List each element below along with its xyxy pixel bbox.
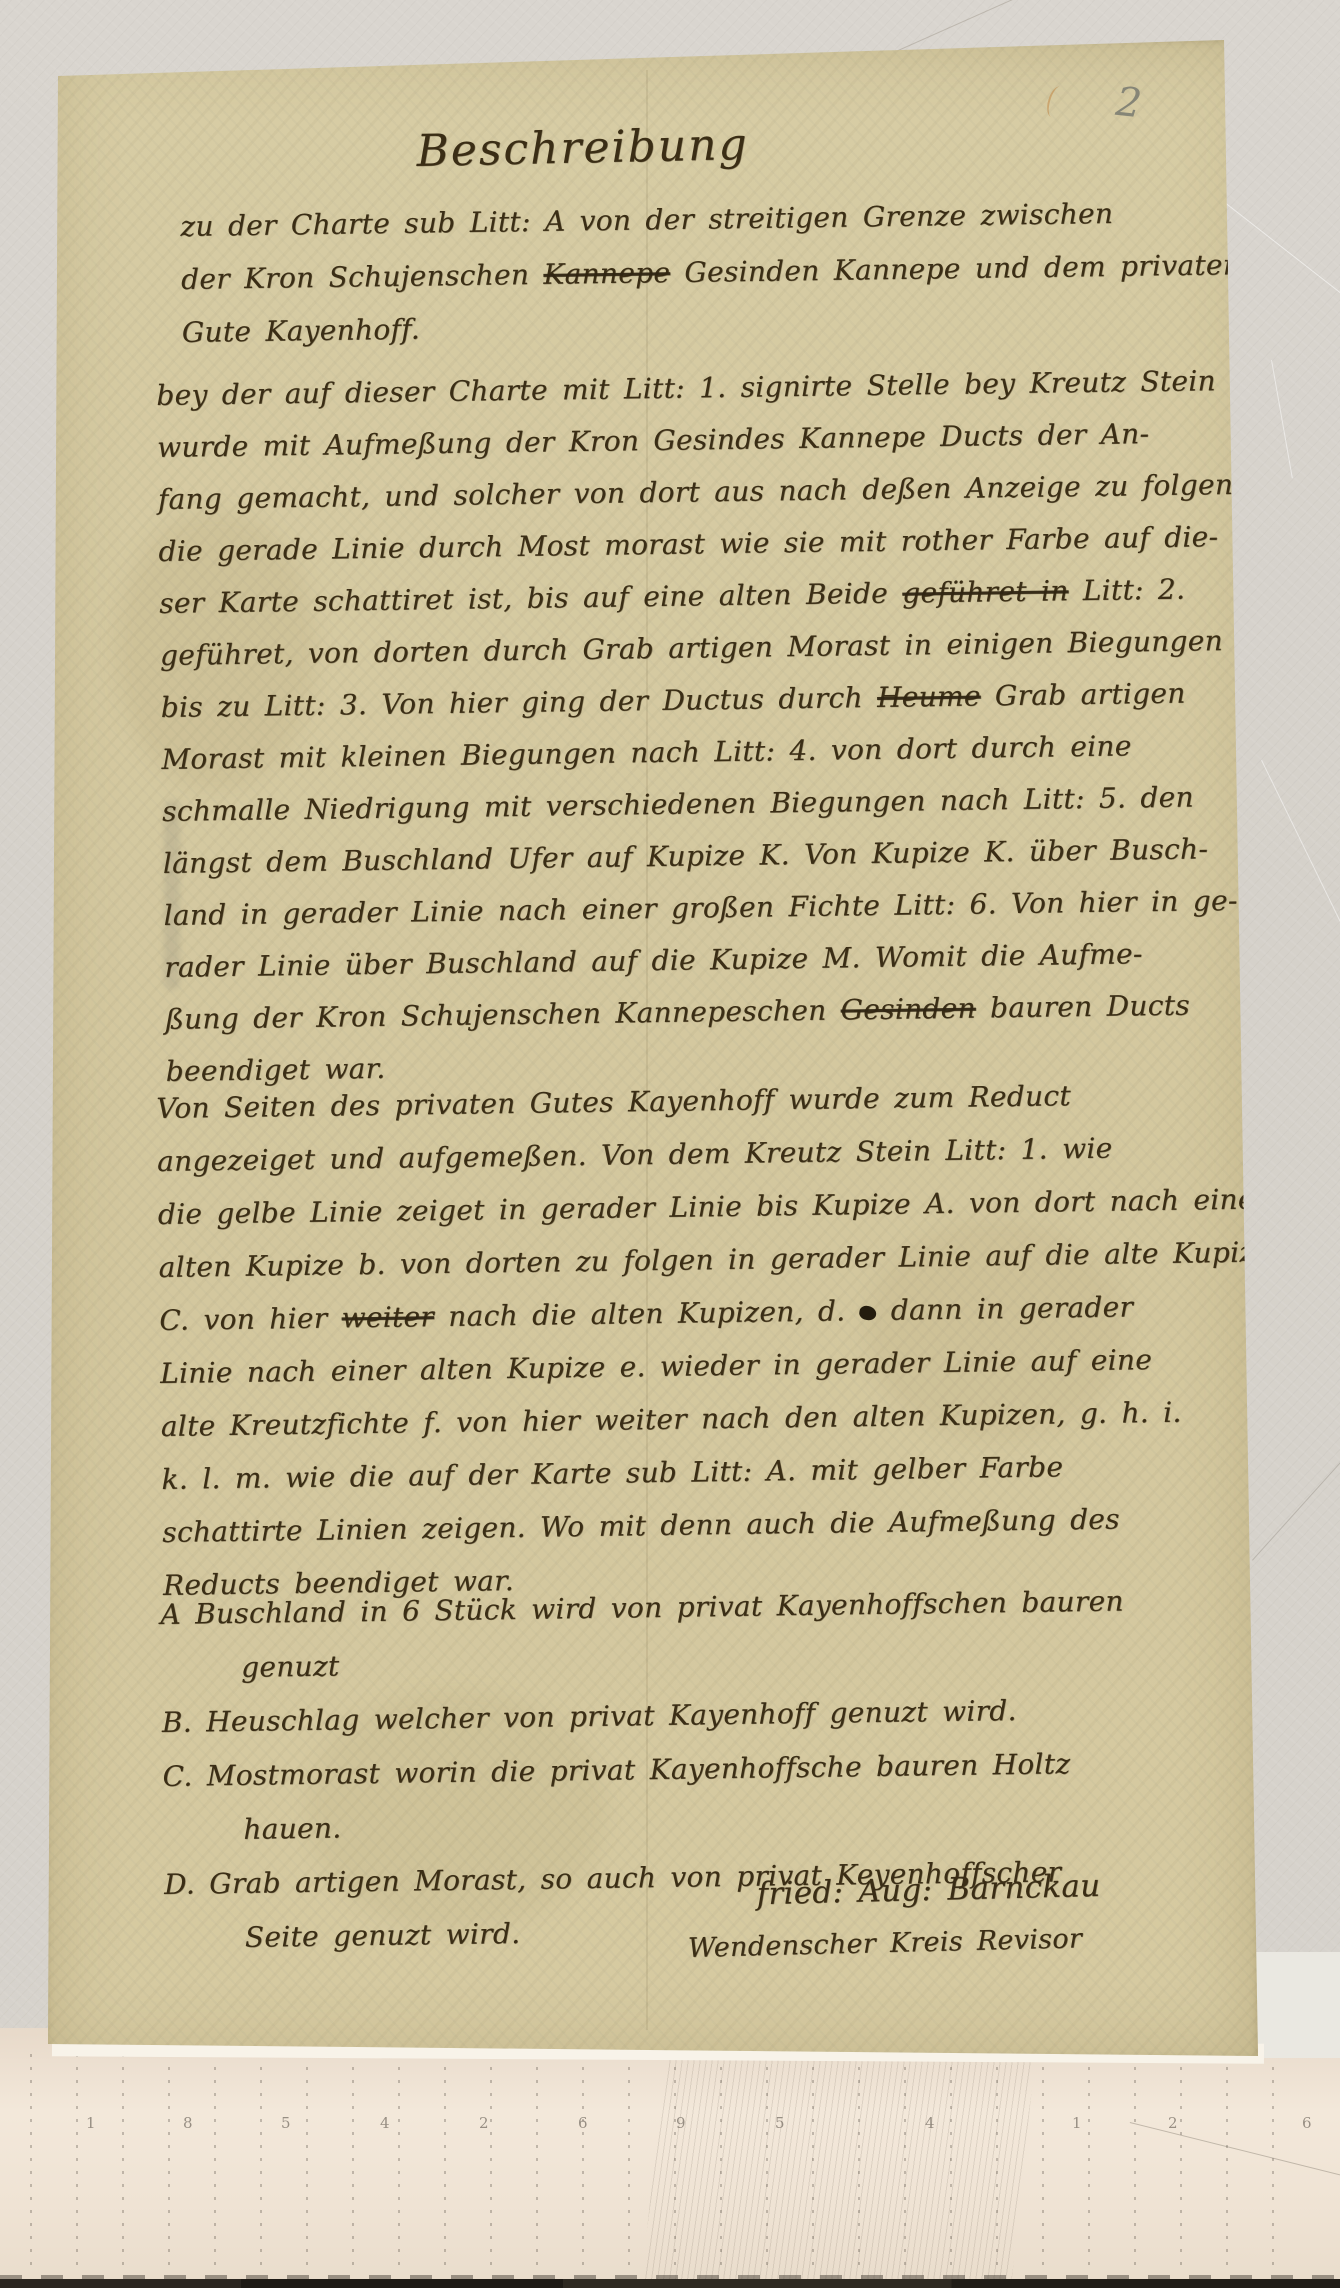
ruler-tick — [168, 2054, 170, 2274]
scratch-mark — [1252, 1441, 1340, 1561]
ruler-tick — [30, 2054, 32, 2274]
ruler-digit: 2 — [1168, 2114, 1178, 2132]
ruler-tick — [582, 2054, 584, 2274]
ruler-strip: 185426954126 — [0, 2028, 1340, 2288]
ruler-tick — [674, 2054, 676, 2274]
ruler-digit: 4 — [925, 2114, 935, 2132]
ruler-tick — [490, 2054, 492, 2274]
ruler-digit: 1 — [86, 2114, 96, 2132]
ruler-tick — [1180, 2054, 1182, 2274]
ruler-digit: 9 — [676, 2114, 686, 2132]
ruler-tick — [1042, 2054, 1044, 2274]
ruler-tick — [1226, 2054, 1228, 2274]
paragraph-survey-kayenhoff: Von Seiten des privaten Gutes Kayenhoff … — [156, 1066, 1258, 1611]
ruler-tick — [76, 2054, 78, 2274]
ruler-tick — [1272, 2054, 1274, 2274]
ruler-digit: 6 — [578, 2114, 588, 2132]
ruler-digit: 5 — [281, 2114, 291, 2132]
scan-edge — [0, 2279, 1340, 2288]
ruler-tick — [536, 2054, 538, 2274]
page-number: 2 — [1114, 79, 1144, 127]
ruler-tick — [122, 2054, 124, 2274]
ruler-tick — [858, 2054, 860, 2274]
ruler-tick — [904, 2054, 906, 2274]
ruler-tick — [306, 2054, 308, 2274]
ruler-tick — [1088, 2054, 1090, 2274]
scanned-document: 185426954126 2 Beschreibung zu der Chart… — [0, 0, 1340, 2288]
ruler-tick — [812, 2054, 814, 2274]
ruler-tick — [996, 2054, 998, 2274]
ruler-digit: 4 — [380, 2114, 390, 2132]
ruler-tick — [444, 2054, 446, 2274]
signature-block: fried: Aug: Barnckau Wendenscher Kreis R… — [686, 1858, 1102, 1974]
ruler-digit: 5 — [775, 2114, 785, 2132]
manuscript-page: 2 Beschreibung zu der Charte sub Litt: A… — [46, 40, 1258, 2060]
stray-ink-mark — [1044, 84, 1068, 119]
signature-name: fried: Aug: Barnckau — [686, 1858, 1101, 1924]
scan-streaks — [642, 2028, 1038, 2280]
ruler-digit: 6 — [1302, 2114, 1312, 2132]
signature-role: Wendenscher Kreis Revisor — [687, 1914, 1102, 1974]
ruler-tick — [950, 2054, 952, 2274]
ruler-tick — [628, 2054, 630, 2274]
ruler-tick — [352, 2054, 354, 2274]
scratch-mark — [1271, 360, 1293, 478]
ruler-tick — [1134, 2054, 1136, 2274]
ruler-digit: 2 — [479, 2114, 489, 2132]
ink-blot — [858, 1304, 877, 1321]
paragraph-intro: zu der Charte sub Litt: A von der streit… — [180, 185, 1242, 359]
ruler-digit: 1 — [1072, 2114, 1082, 2132]
ruler-digit: 8 — [183, 2114, 193, 2132]
ruler-tick — [766, 2054, 768, 2274]
ruler-tick — [720, 2054, 722, 2274]
backing-sheet-corner — [1256, 1952, 1340, 2058]
ruler-tick — [398, 2054, 400, 2274]
ruler-tick — [260, 2054, 262, 2274]
ruler-tick — [214, 2054, 216, 2274]
paragraph-survey-kannepe: bey der auf dieser Charte mit Litt: 1. s… — [156, 355, 1242, 1098]
page-title: Beschreibung — [416, 119, 749, 177]
scratch-mark — [1261, 760, 1340, 940]
